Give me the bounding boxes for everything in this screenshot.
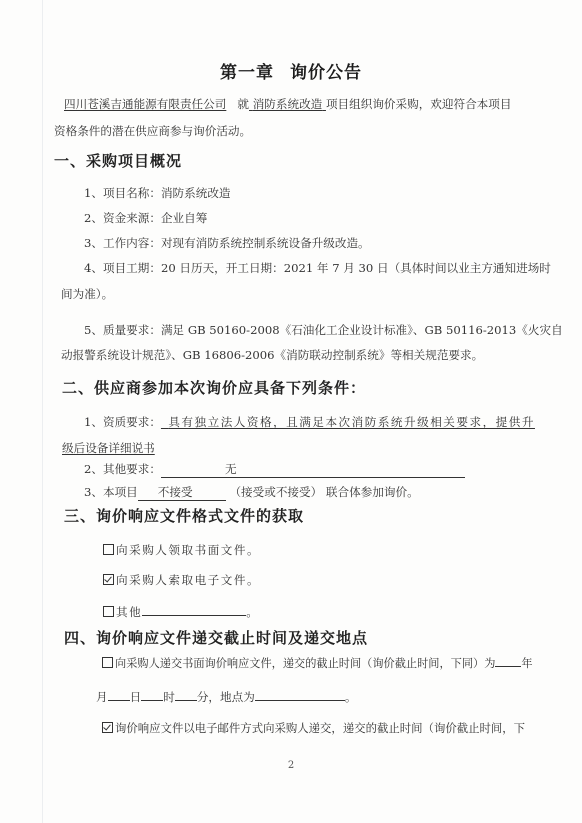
project-name: 消防系统改造 [253, 97, 323, 111]
day-blank [108, 688, 130, 701]
option-paper-submission-cont: 月日时分，地点为。 [96, 688, 356, 705]
item-value: 对现有消防系统控制系统设备升级改造。 [161, 236, 370, 250]
intro-line-2: 资格条件的潜在供应商参与询价活动。 [54, 123, 251, 139]
other-blank [142, 603, 246, 616]
req-qualification-cont: 级后设备详细说书 [62, 440, 155, 456]
item-hint: （接受或不接受） [229, 485, 322, 499]
option-paper-file[interactable]: 向采购人领取书面文件。 [103, 542, 260, 558]
checkbox-checked-icon[interactable] [102, 722, 113, 733]
chapter-label: 第一章 [220, 63, 274, 83]
option-email-submission[interactable]: 询价响应文件以电子邮件方式向采购人递交，递交的截止时间（询价截止时间，下 [102, 720, 525, 736]
end-mark: 。 [345, 690, 357, 704]
item-label: 2、资金来源： [84, 211, 161, 225]
item-label: 4、项目工期： [84, 261, 161, 275]
req-other: 2、其他要求：无 [84, 461, 465, 478]
req-consortium: 3、本项目不接受 （接受或不接受） 联合体参加询价。 [84, 484, 419, 501]
option-paper-submission[interactable]: 向采购人递交书面询价响应文件，递交的截止时间（询价截止时间，下同）为年 [102, 654, 533, 671]
item-schedule-cont: 间为准）。 [61, 286, 113, 302]
section-3-heading: 三、询价响应文件格式文件的获取 [64, 505, 304, 526]
item-funding: 2、资金来源：企业自筹 [84, 210, 207, 226]
option-label: 其他 [116, 605, 142, 619]
item-value: 无 [161, 462, 237, 476]
hour-blank [141, 688, 163, 701]
intro-text: 项目组织询价采购，欢迎符合本项目 [326, 97, 512, 111]
section-4-heading: 四、询价响应文件递交截止时间及递交地点 [64, 627, 368, 648]
option-other[interactable]: 其他。 [103, 603, 259, 620]
item-project-name: 1、项目名称：消防系统改造 [84, 185, 231, 201]
option-text: 询价响应文件以电子邮件方式向采购人递交，递交的截止时间（询价截止时间，下 [115, 721, 525, 735]
minute-blank [175, 688, 197, 701]
item-label: 5、质量要求： [84, 323, 161, 337]
item-value: 不接受 [138, 485, 193, 499]
item-work-content: 3、工作内容：对现有消防系统控制系统设备升级改造。 [84, 235, 370, 251]
item-label: 1、资质要求： [84, 415, 161, 429]
option-label: 向采购人索取电子文件。 [116, 573, 260, 587]
chapter-title: 询价公告 [290, 63, 362, 83]
scan-edge [42, 0, 43, 823]
section-2-heading: 二、供应商参加本次询价应具备下列条件： [62, 377, 366, 398]
item-schedule: 4、项目工期：20 日历天，开工日期：2021 年 7 月 30 日（具体时间以… [84, 260, 551, 276]
item-value: 具有独立法人资格，且满足本次消防系统升级相关要求，提供升 [168, 415, 535, 429]
year-blank [495, 654, 521, 667]
item-value: 消防系统改造 [161, 186, 231, 200]
item-label: 2、其他要求： [84, 462, 161, 476]
year-label: 年 [521, 657, 532, 670]
intro-line-1: 四川苍溪吉通能源有限责任公司 就 消防系统改造 项目组织询价采购，欢迎符合本项目 [64, 96, 511, 112]
company-name: 四川苍溪吉通能源有限责任公司 [64, 97, 226, 111]
page-title: 第一章询价公告 [0, 58, 582, 83]
checkbox-unchecked-icon[interactable] [102, 657, 113, 668]
section-1-heading: 一、采购项目概况 [54, 150, 182, 171]
checkbox-unchecked-icon[interactable] [103, 544, 114, 555]
item-label: 1、项目名称： [84, 186, 161, 200]
option-label: 向采购人领取书面文件。 [116, 543, 260, 557]
item-label: 3、本项目 [84, 485, 138, 499]
day-label: 日 [130, 690, 142, 704]
item-quality: 5、质量要求：满足 GB 50160-2008《石油化工企业设计标准》、GB 5… [84, 322, 563, 338]
page-number: 2 [0, 760, 582, 771]
month-label: 月 [96, 690, 108, 704]
option-suffix: 。 [246, 605, 259, 619]
option-electronic-file[interactable]: 向采购人索取电子文件。 [103, 572, 260, 588]
item-tail: 联合体参加询价。 [326, 485, 419, 499]
minute-label: 分，地点为 [197, 690, 255, 704]
req-qualification: 1、资质要求： 具有独立法人资格，且满足本次消防系统升级相关要求，提供升 [84, 414, 535, 430]
option-text: 向采购人递交书面询价响应文件，递交的截止时间（询价截止时间，下同）为 [115, 657, 495, 670]
location-blank [255, 688, 345, 701]
checkbox-checked-icon[interactable] [103, 574, 114, 585]
item-label: 3、工作内容： [84, 236, 161, 250]
item-value: 企业自筹 [161, 211, 207, 225]
checkbox-unchecked-icon[interactable] [103, 606, 114, 617]
item-quality-cont: 动报警系统设计规范》、GB 16806-2006《消防联动控制系统》等相关规范要… [61, 347, 483, 363]
intro-connector: 就 [237, 97, 249, 111]
hour-label: 时 [163, 690, 175, 704]
item-value: 20 日历天，开工日期：2021 年 7 月 30 日（具体时间以业主方通知进场… [161, 261, 551, 275]
item-value: 满足 GB 50160-2008《石油化工企业设计标准》、GB 50116-20… [161, 323, 563, 337]
